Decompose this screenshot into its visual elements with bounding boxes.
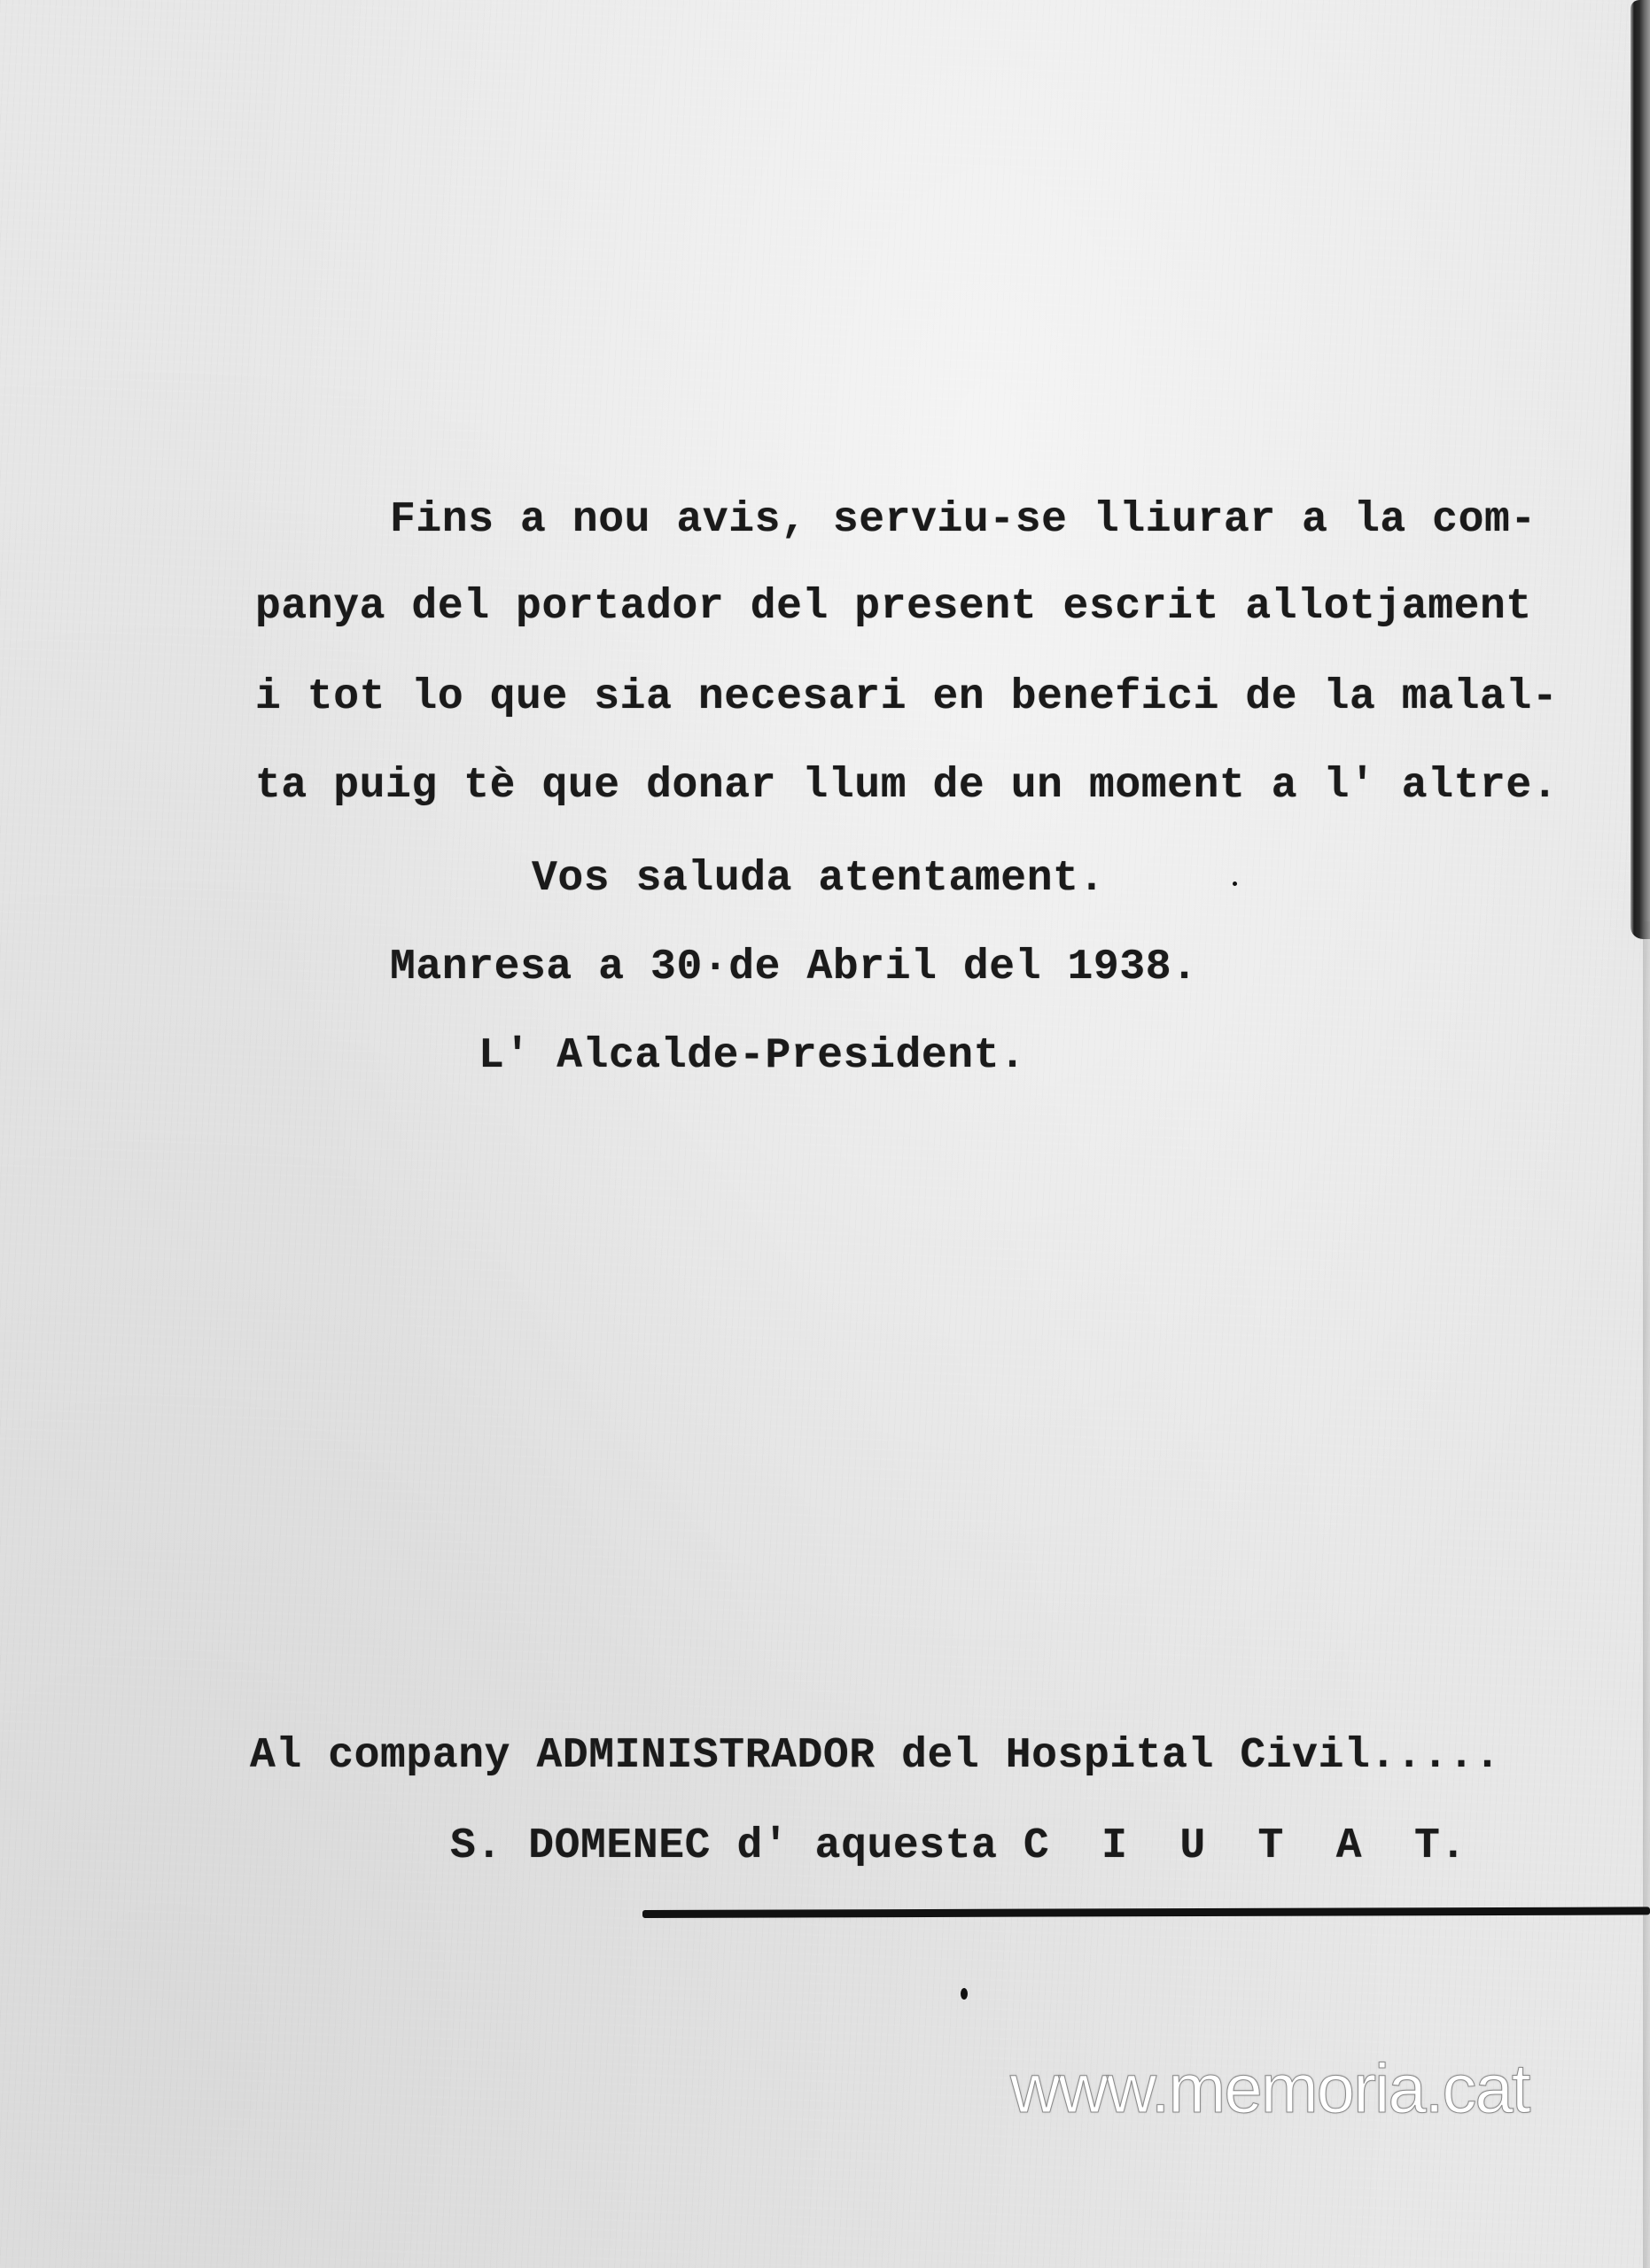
torn-paper-edge	[1631, 0, 1650, 939]
watermark: www.memoria.cat	[1010, 2054, 1529, 2123]
signatory-line: L' Alcalde-President.	[479, 1035, 1026, 1077]
horizontal-rule	[642, 1907, 1650, 1918]
addressee-line-1: Al company ADMINISTRADOR del Hospital Ci…	[250, 1735, 1500, 1777]
ink-dot	[961, 1988, 968, 2000]
body-line-4: ta puig tè que donar llum de un moment a…	[255, 765, 1558, 807]
place-date-line: Manresa a 30·de Abril del 1938.	[390, 946, 1198, 989]
closing-line: Vos saluda atentament.	[532, 858, 1105, 900]
body-line-1: Fins a nou avis, serviu-se lliurar a la …	[390, 499, 1537, 541]
body-line-2: panya del portador del present escrit al…	[255, 586, 1532, 628]
body-line-3: i tot lo que sia necesari en benefici de…	[255, 676, 1558, 718]
paper-edge-shadow	[1643, 921, 1650, 2268]
ink-speck	[1233, 882, 1237, 886]
letter-page: Fins a nou avis, serviu-se lliurar a la …	[0, 0, 1650, 2268]
addressee-line-2: S. DOMENEC d' aquesta C I U T A T.	[450, 1825, 1467, 1868]
